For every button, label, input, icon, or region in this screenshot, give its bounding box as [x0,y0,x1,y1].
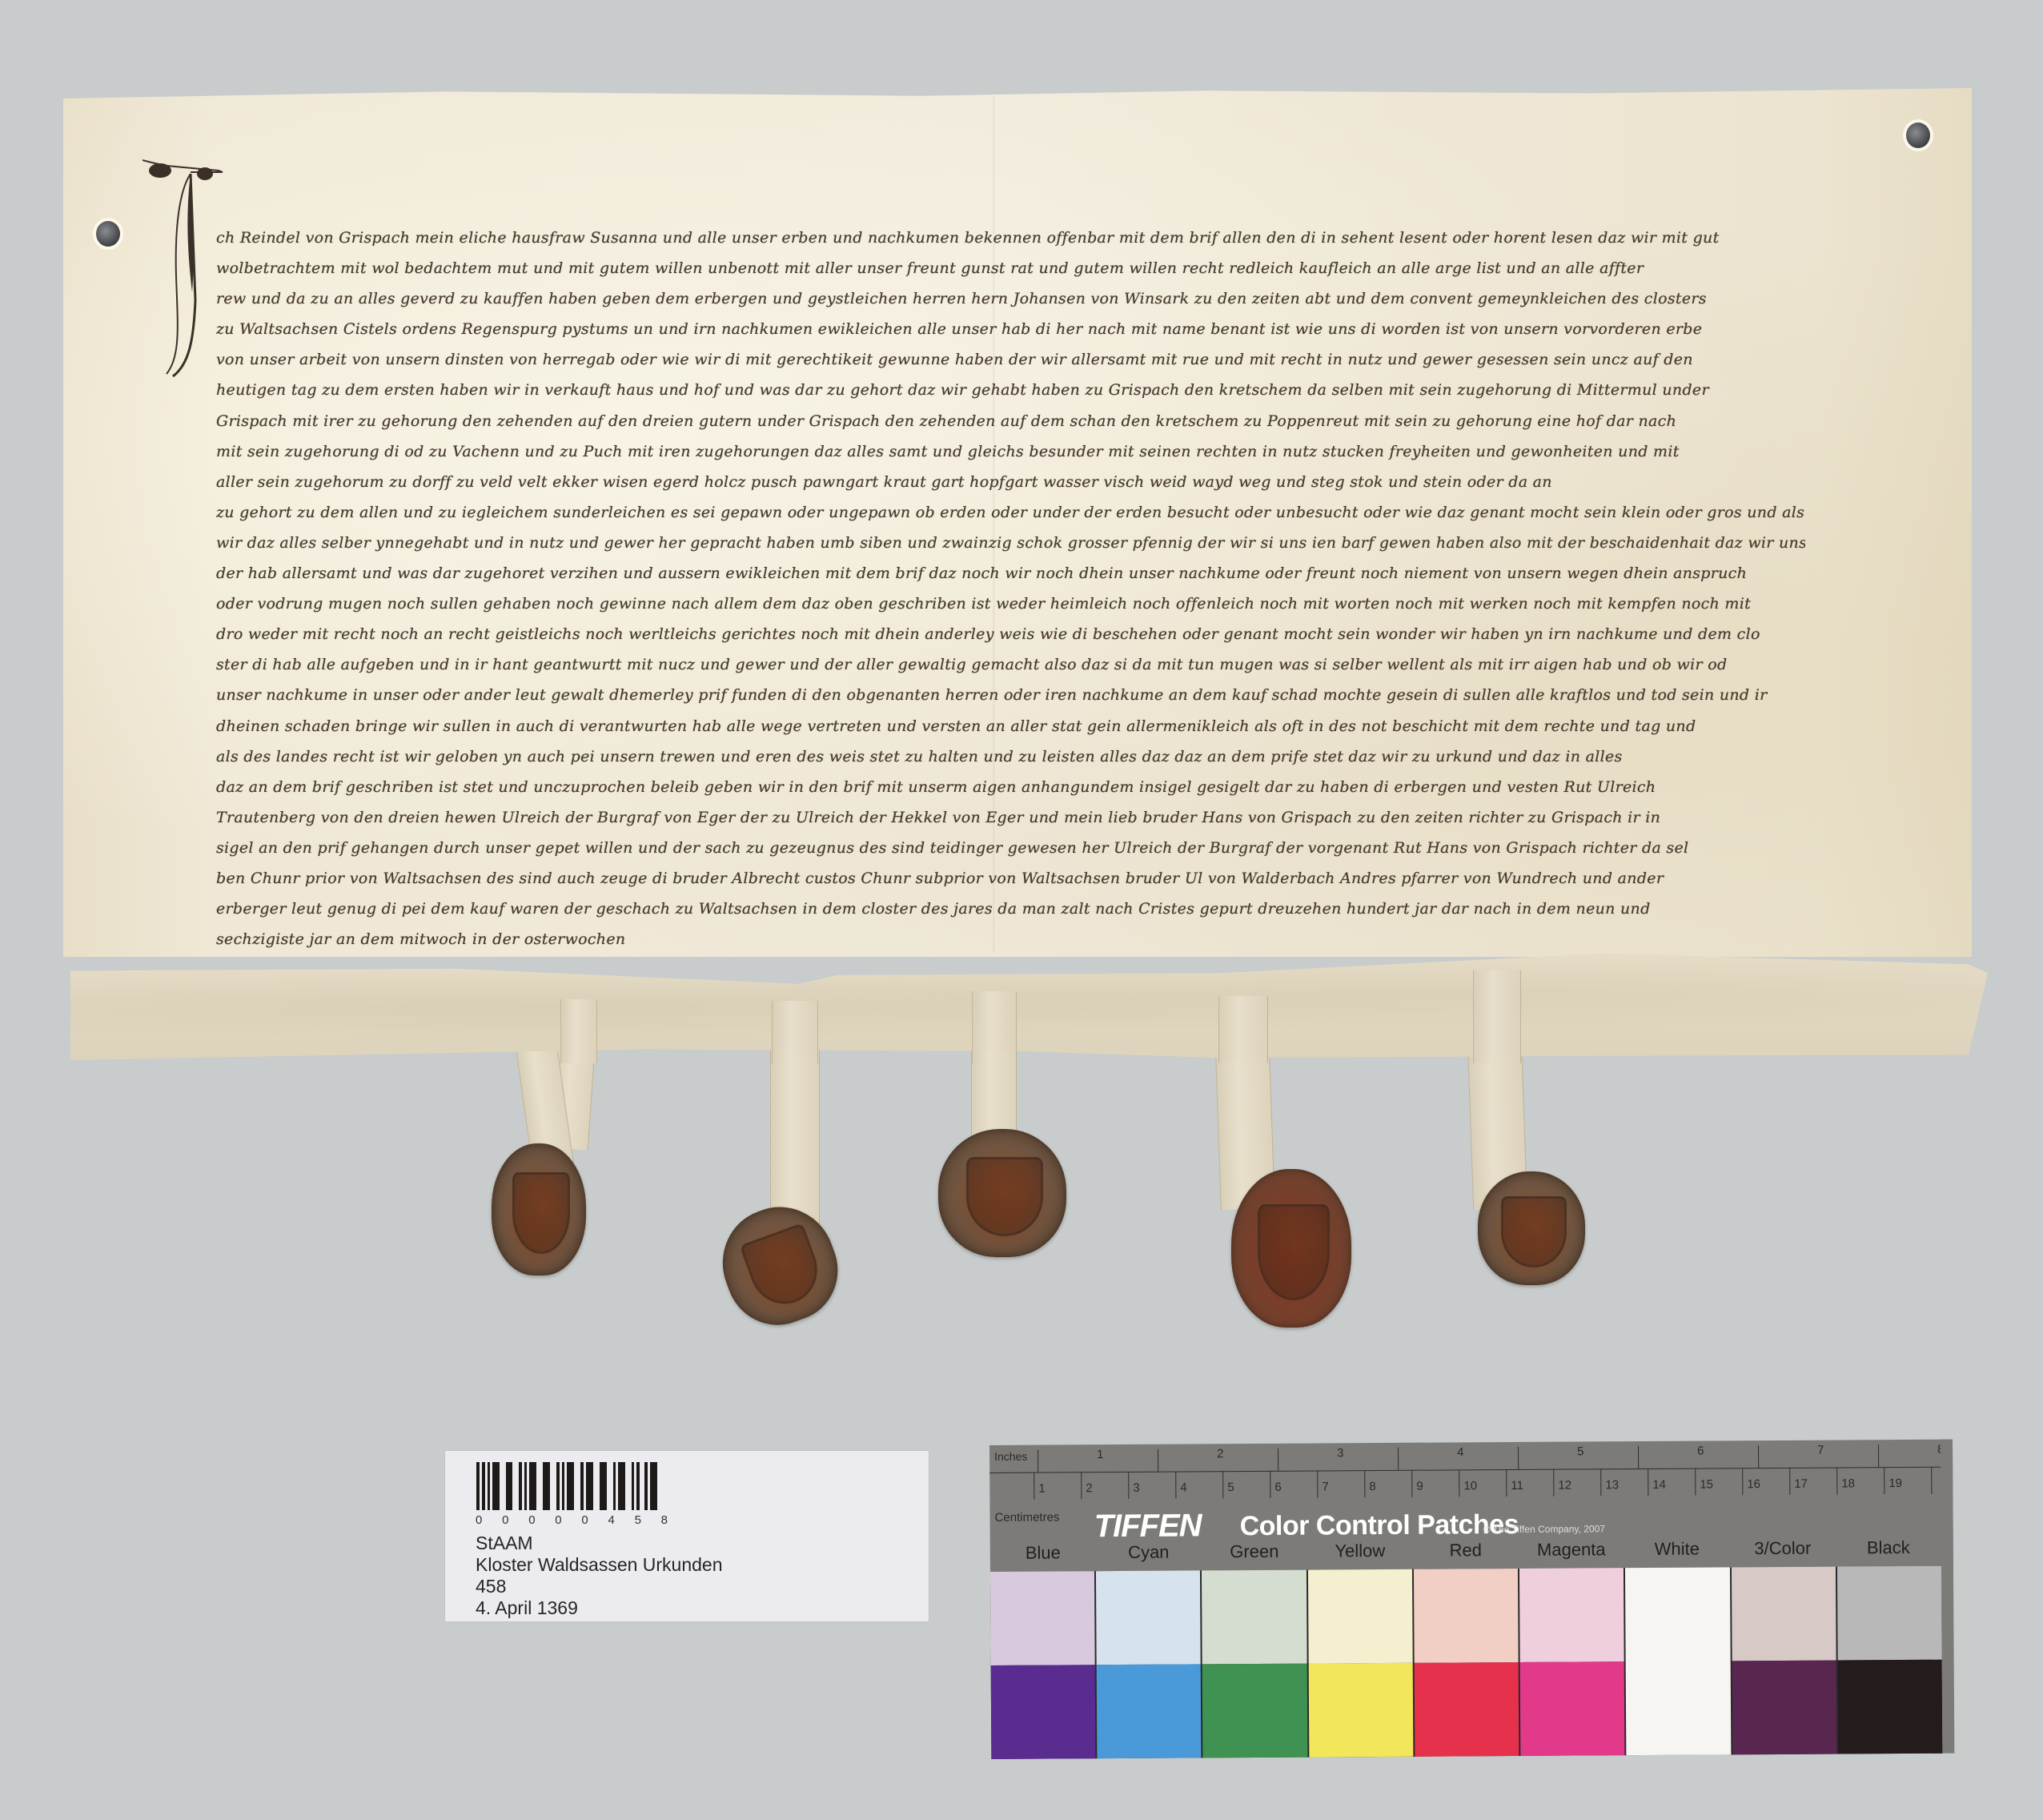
wax-seal-icon [938,1129,1066,1257]
cm-tick-label: 9 [1416,1480,1423,1493]
inch-tick-label: 1 [1097,1448,1103,1461]
ruler-tick [1411,1470,1412,1497]
patch-column-white [1625,1567,1732,1755]
text-line: zu Waltsachsen Cistels ordens Regenspurg… [216,314,1805,344]
ruler-tick [1600,1468,1601,1496]
patch-name: Red [1413,1540,1519,1568]
text-line: ch Reindel von Grispach mein eliche haus… [216,223,1805,253]
inch-tick-label: 6 [1697,1444,1704,1458]
cm-tick-label: 8 [1369,1480,1375,1493]
ruler-tick [1034,1472,1034,1500]
wax-seal-icon [1231,1169,1351,1328]
seal-tag [772,1001,818,1063]
barcode-digit: 4 [608,1513,614,1527]
text-line: zu gehort zu dem allen und zu iegleichem… [216,497,1805,528]
text-line: wolbetrachtem mit wol bedachtem mut und … [216,253,1805,283]
barcode-digit: 8 [661,1513,668,1527]
text-line: Grispach mit irer zu gehorung den zehend… [216,406,1805,436]
patch-name: Green [1202,1541,1307,1569]
patch-name: Cyan [1096,1541,1202,1569]
barcode-digit: 0 [555,1513,561,1527]
document-date: 4. April 1369 [476,1597,578,1619]
text-line: der hab allersamt und was dar zugehoret … [216,558,1805,589]
barcode-digit: 0 [476,1513,482,1527]
patch-name: Yellow [1307,1541,1413,1569]
ruler-tick [1553,1469,1554,1497]
inch-tick-label: 2 [1217,1447,1223,1460]
ruler-tick [1222,1471,1223,1498]
patch-column-yellow [1308,1569,1415,1758]
patch-column-black [1837,1566,1943,1754]
text-line: oder vodrung mugen noch sullen gehaben n… [216,589,1805,619]
ruler-tick [1278,1448,1278,1471]
cm-tick-label: 14 [1652,1478,1666,1492]
ruler-tick [1128,1472,1129,1499]
mounting-pin-icon [1906,123,1930,148]
ruler-tick [1695,1468,1696,1496]
cm-tick-label: 17 [1794,1477,1808,1491]
patch-column-red [1414,1569,1521,1757]
patch-column-cyan [1096,1570,1203,1758]
inches-label: Inches [994,1450,1027,1463]
patch-name: 3/Color [1730,1538,1836,1566]
yellow-dark-patch [1308,1663,1413,1758]
cm-tick-label: 5 [1227,1481,1234,1494]
copyright-notice: © The Tiffen Company, 2007 [1483,1523,1605,1535]
ruler-tick [1518,1447,1519,1469]
ruler-tick [1638,1446,1639,1468]
document-number: 458 [476,1576,506,1597]
green-dark-patch [1202,1664,1307,1758]
black-dark-patch [1837,1660,1942,1754]
text-line: heutigen tag zu dem ersten haben wir in … [216,375,1805,405]
cm-tick-label: 1 [1038,1482,1045,1496]
inch-tick-label: 5 [1577,1444,1583,1458]
inch-tick-label: 4 [1457,1445,1463,1459]
seal-tag [1473,970,1521,1063]
ruler-tick [1506,1469,1507,1497]
ruler-tick [1878,1444,1879,1467]
seal-tag [560,999,597,1063]
patch-name: White [1624,1538,1730,1566]
cm-tick-label: 10 [1463,1479,1477,1493]
text-line: Trautenberg von den dreien hewen Ulreich… [216,802,1805,833]
blue-light-patch [990,1571,1095,1665]
seal-tag [972,991,1017,1063]
barcode-digit: 0 [502,1513,508,1527]
collection-name: Kloster Waldsassen Urkunden [476,1554,723,1576]
cyan-light-patch [1096,1570,1201,1665]
red-light-patch [1414,1569,1519,1663]
color-control-card: Inches 1 2 3 4 5 6 7 8 [989,1440,1954,1759]
wax-seal-icon [707,1191,852,1339]
yellow-light-patch [1308,1569,1413,1664]
inch-tick-label: 3 [1337,1446,1343,1460]
wax-seal-icon [1478,1171,1585,1285]
cm-tick-label: 16 [1747,1477,1760,1491]
ruler-tick [1270,1471,1270,1498]
ruler-tick [1459,1469,1459,1497]
text-line: von unser arbeit von unsern dinsten von … [216,344,1805,375]
ruler-baseline [989,1467,1953,1473]
cm-tick-label: 19 [1888,1476,1902,1490]
patch-names: Blue Cyan Green Yellow Red Magenta White… [990,1537,1941,1570]
cm-tick-label: 11 [1511,1479,1523,1493]
brand-logo: TIFFEN [1094,1508,1201,1545]
text-line: rew und da zu an alles geverd zu kauffen… [216,283,1805,314]
text-line: ster di hab alle aufgeben und in ir hant… [216,649,1805,680]
green-light-patch [1202,1570,1306,1665]
wax-seal-icon [492,1143,586,1276]
red-dark-patch [1415,1662,1519,1757]
blue-dark-patch [991,1665,1096,1759]
cm-tick-label: 7 [1322,1480,1328,1493]
cm-tick-label: 12 [1558,1479,1571,1493]
text-line: sigel an den prif gehangen durch unser g… [216,833,1805,863]
3color-dark-patch [1732,1661,1836,1755]
barcode-digit: 0 [528,1513,535,1527]
barcode-number: 0 0 0 0 0 4 5 8 [476,1513,668,1527]
text-line: wir daz alles selber ynnegehabt und in n… [216,528,1805,558]
cm-tick-label: 2 [1086,1481,1092,1495]
cm-tick-label: 4 [1180,1481,1186,1494]
cm-tick-label: 15 [1700,1477,1713,1491]
barcode-digit: 0 [581,1513,588,1527]
ruler-tick [1836,1468,1837,1495]
text-line: sechzigiste jar an dem mitwoch in der os… [216,924,728,954]
black-light-patch [1837,1566,1942,1661]
cm-tick-label: 13 [1605,1478,1619,1492]
ruler-tick [1742,1468,1743,1495]
barcode-icon [476,1462,657,1510]
ruler-tick [1758,1445,1759,1468]
inch-tick-label: 7 [1817,1444,1824,1457]
archive-label: 0 0 0 0 0 4 5 8 StAAM Kloster Waldsassen… [445,1451,929,1621]
patch-name: Black [1836,1537,1941,1565]
patch-column-3color [1731,1567,1838,1755]
mounting-pin-icon [96,221,120,247]
seal-tag [1218,996,1268,1063]
patch-name: Blue [990,1542,1096,1570]
white-patch [1625,1567,1731,1755]
text-line: unser nachkume in unser oder ander leut … [216,680,1805,710]
card-title: Color Control Patches [1240,1509,1519,1542]
ruler-tick [1884,1467,1884,1494]
ruler-tick [1931,1467,1932,1494]
card-edge [1941,1440,1954,1754]
cyan-dark-patch [1097,1664,1202,1758]
centimetres-label: Centimetres [995,1510,1060,1524]
ruler-tick [1648,1468,1648,1496]
text-line: ben Chunr prior von Waltsachsen des sind… [216,863,1805,894]
ruler-tick [1789,1468,1790,1495]
text-line: daz an dem brif geschriben ist stet und … [216,772,1805,802]
text-line: als des landes recht ist wir geloben yn … [216,741,1805,772]
ruler-tick [1175,1472,1176,1499]
charter-text: ch Reindel von Grispach mein eliche haus… [216,223,1805,954]
cm-tick-label: 3 [1133,1481,1139,1495]
ruler-tick [1398,1448,1399,1470]
ruler-tick [1317,1470,1318,1497]
patch-column-blue [990,1571,1098,1759]
patch-column-green [1202,1570,1309,1758]
text-line: dro weder mit recht noch an recht geistl… [216,619,1805,649]
color-patches [990,1566,1942,1759]
card-header: Inches 1 2 3 4 5 6 7 8 [989,1440,1953,1572]
text-line: erberger leut genug di pei dem kauf ware… [216,894,1805,924]
magenta-dark-patch [1520,1661,1625,1756]
ruler-tick [1038,1450,1038,1472]
patch-column-magenta [1519,1568,1627,1756]
text-line: mit sein zugehorung di od zu Vachenn und… [216,436,1805,467]
text-line: aller sein zugehorum zu dorff zu veld ve… [216,467,1805,497]
ruler-tick [1158,1449,1158,1472]
text-line: dheinen schaden bringe wir sullen in auc… [216,711,1805,741]
magenta-light-patch [1519,1568,1624,1662]
ruler-tick [1364,1470,1365,1497]
cm-tick-label: 18 [1841,1476,1855,1490]
archive-name: StAAM [476,1533,533,1554]
patch-name: Magenta [1519,1539,1624,1567]
ruler-tick [1081,1472,1082,1499]
cm-tick-label: 6 [1274,1481,1281,1494]
parchment-fold [70,951,1988,1060]
3color-light-patch [1731,1567,1836,1661]
barcode-digit: 5 [635,1513,641,1527]
